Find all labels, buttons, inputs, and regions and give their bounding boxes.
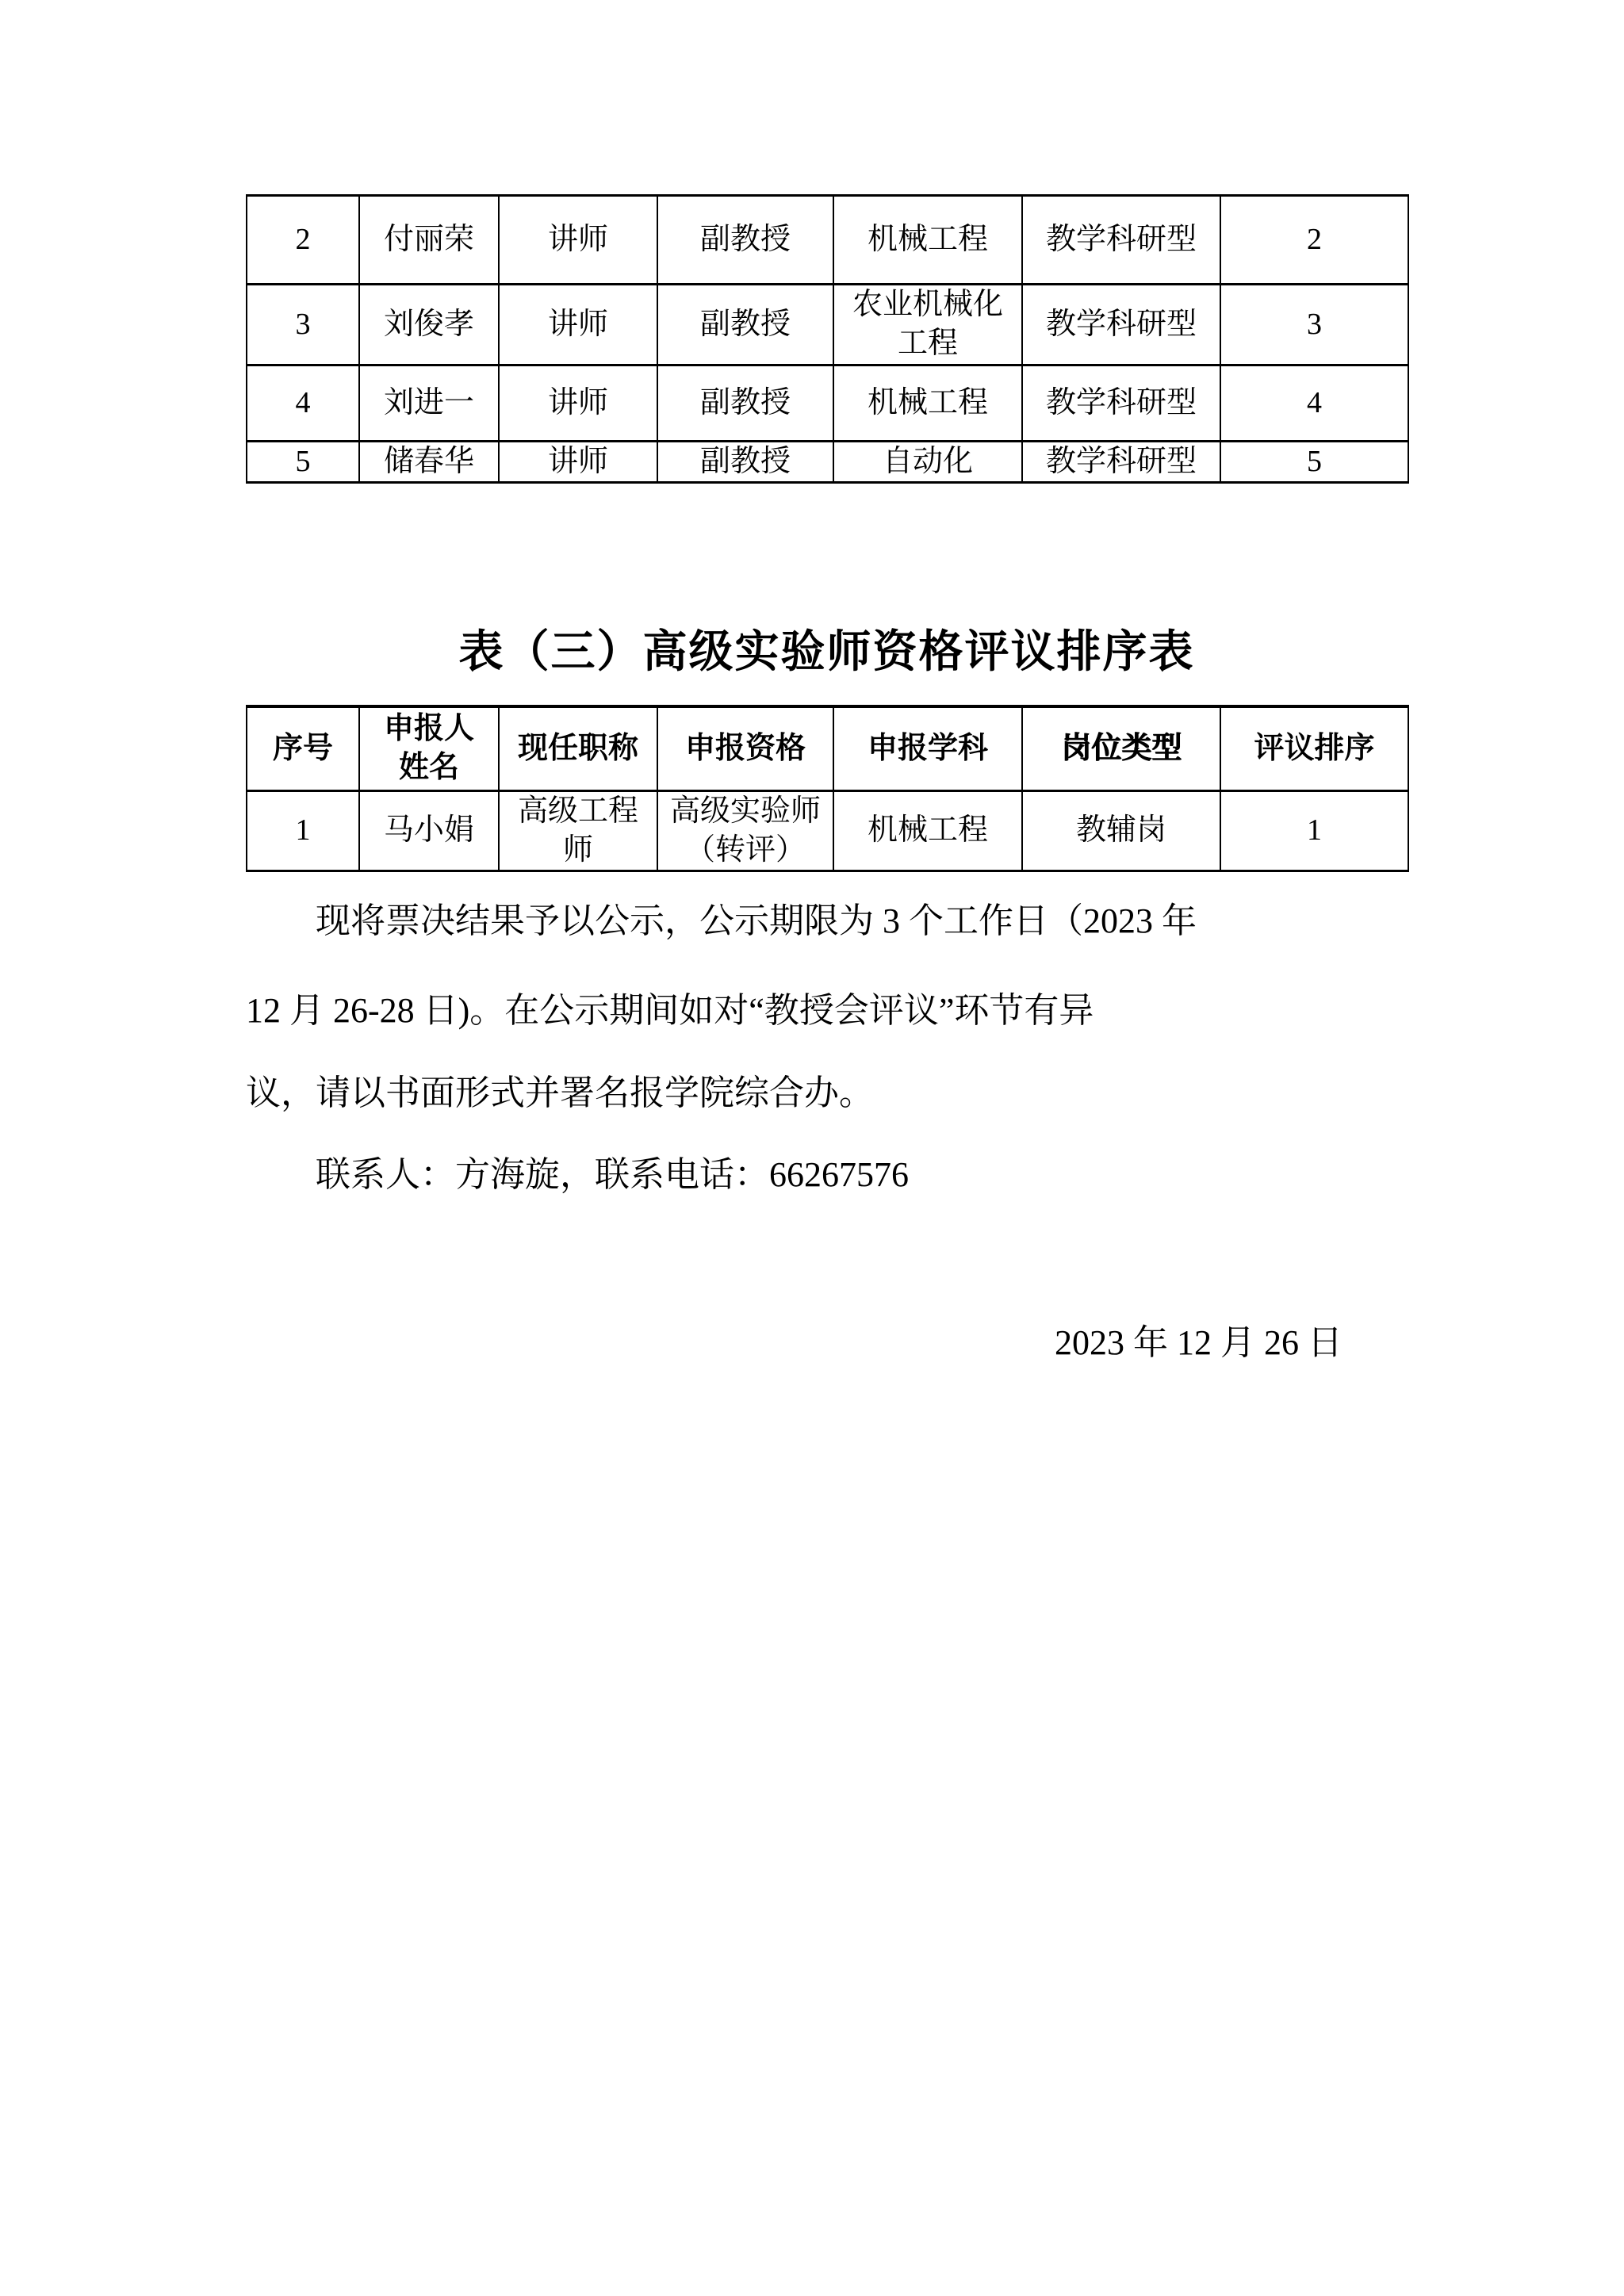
table-cell: 副教授 (657, 365, 833, 441)
table-cell: 1 (1220, 790, 1408, 871)
table-cell: 1 (247, 790, 359, 871)
table-cell: 高级工程 师 (499, 790, 657, 871)
table-cell: 马小娟 (359, 790, 499, 871)
notice-paragraph-line-1: 现将票决结果予以公示，公示期限为 3 个工作日（2023 年 (246, 897, 1477, 945)
table-cell: 5 (247, 441, 359, 482)
column-header: 岗位类型 (1022, 706, 1220, 790)
evaluation-ranking-table-continuation: 2付丽荣讲师副教授机械工程教学科研型23刘俊孝讲师副教授农业机械化 工程教学科研… (246, 194, 1409, 484)
table-cell: 4 (1220, 365, 1408, 441)
table-cell: 付丽荣 (359, 196, 499, 285)
table-row: 5储春华讲师副教授自动化教学科研型5 (247, 441, 1408, 482)
column-header: 序号 (247, 706, 359, 790)
table-cell: 讲师 (499, 285, 657, 365)
table-cell: 高级实验师 （转评） (657, 790, 833, 871)
table-cell: 储春华 (359, 441, 499, 482)
table-cell: 副教授 (657, 285, 833, 365)
table3-title: 表（三）高级实验师资格评议排序表 (246, 617, 1408, 680)
column-header: 申报资格 (657, 706, 833, 790)
table-cell: 教学科研型 (1022, 441, 1220, 482)
table-cell: 副教授 (657, 441, 833, 482)
notice-paragraph-line-2: 12 月 26-28 日)。在公示期间如对“教授会评议”环节有异 (246, 987, 1408, 1035)
table-cell: 机械工程 (833, 790, 1022, 871)
table-cell: 自动化 (833, 441, 1022, 482)
table-row: 3刘俊孝讲师副教授农业机械化 工程教学科研型3 (247, 285, 1408, 365)
table-cell: 2 (1220, 196, 1408, 285)
table-cell: 讲师 (499, 196, 657, 285)
contact-info-line: 联系人：方海旋，联系电话：66267576 (246, 1151, 1477, 1199)
table-cell: 讲师 (499, 365, 657, 441)
table-cell: 刘俊孝 (359, 285, 499, 365)
column-header: 评议排序 (1220, 706, 1408, 790)
table-cell: 教学科研型 (1022, 285, 1220, 365)
table-cell: 3 (247, 285, 359, 365)
table-cell: 教学科研型 (1022, 196, 1220, 285)
senior-lab-technician-ranking-table: 序号申报人 姓名现任职称申报资格申报学科岗位类型评议排序1马小娟高级工程 师高级… (246, 705, 1409, 872)
notice-paragraph-line-3: 议，请以书面形式并署名报学院综合办。 (246, 1070, 1408, 1117)
table-cell: 教辅岗 (1022, 790, 1220, 871)
column-header: 现任职称 (499, 706, 657, 790)
table-row: 2付丽荣讲师副教授机械工程教学科研型2 (247, 196, 1408, 285)
table-cell: 教学科研型 (1022, 365, 1220, 441)
table-header-row: 序号申报人 姓名现任职称申报资格申报学科岗位类型评议排序 (247, 706, 1408, 790)
table-cell: 2 (247, 196, 359, 285)
column-header: 申报人 姓名 (359, 706, 499, 790)
table-cell: 刘进一 (359, 365, 499, 441)
table-cell: 4 (247, 365, 359, 441)
table-cell: 机械工程 (833, 196, 1022, 285)
column-header: 申报学科 (833, 706, 1022, 790)
document-page: 2付丽荣讲师副教授机械工程教学科研型23刘俊孝讲师副教授农业机械化 工程教学科研… (0, 0, 1624, 2296)
table-cell: 讲师 (499, 441, 657, 482)
document-date: 2023 年 12 月 26 日 (1055, 1319, 1342, 1367)
table-cell: 5 (1220, 441, 1408, 482)
table-row: 4刘进一讲师副教授机械工程教学科研型4 (247, 365, 1408, 441)
table-cell: 机械工程 (833, 365, 1022, 441)
table-cell: 副教授 (657, 196, 833, 285)
table-row: 1马小娟高级工程 师高级实验师 （转评）机械工程教辅岗1 (247, 790, 1408, 871)
table-cell: 3 (1220, 285, 1408, 365)
table-cell: 农业机械化 工程 (833, 285, 1022, 365)
